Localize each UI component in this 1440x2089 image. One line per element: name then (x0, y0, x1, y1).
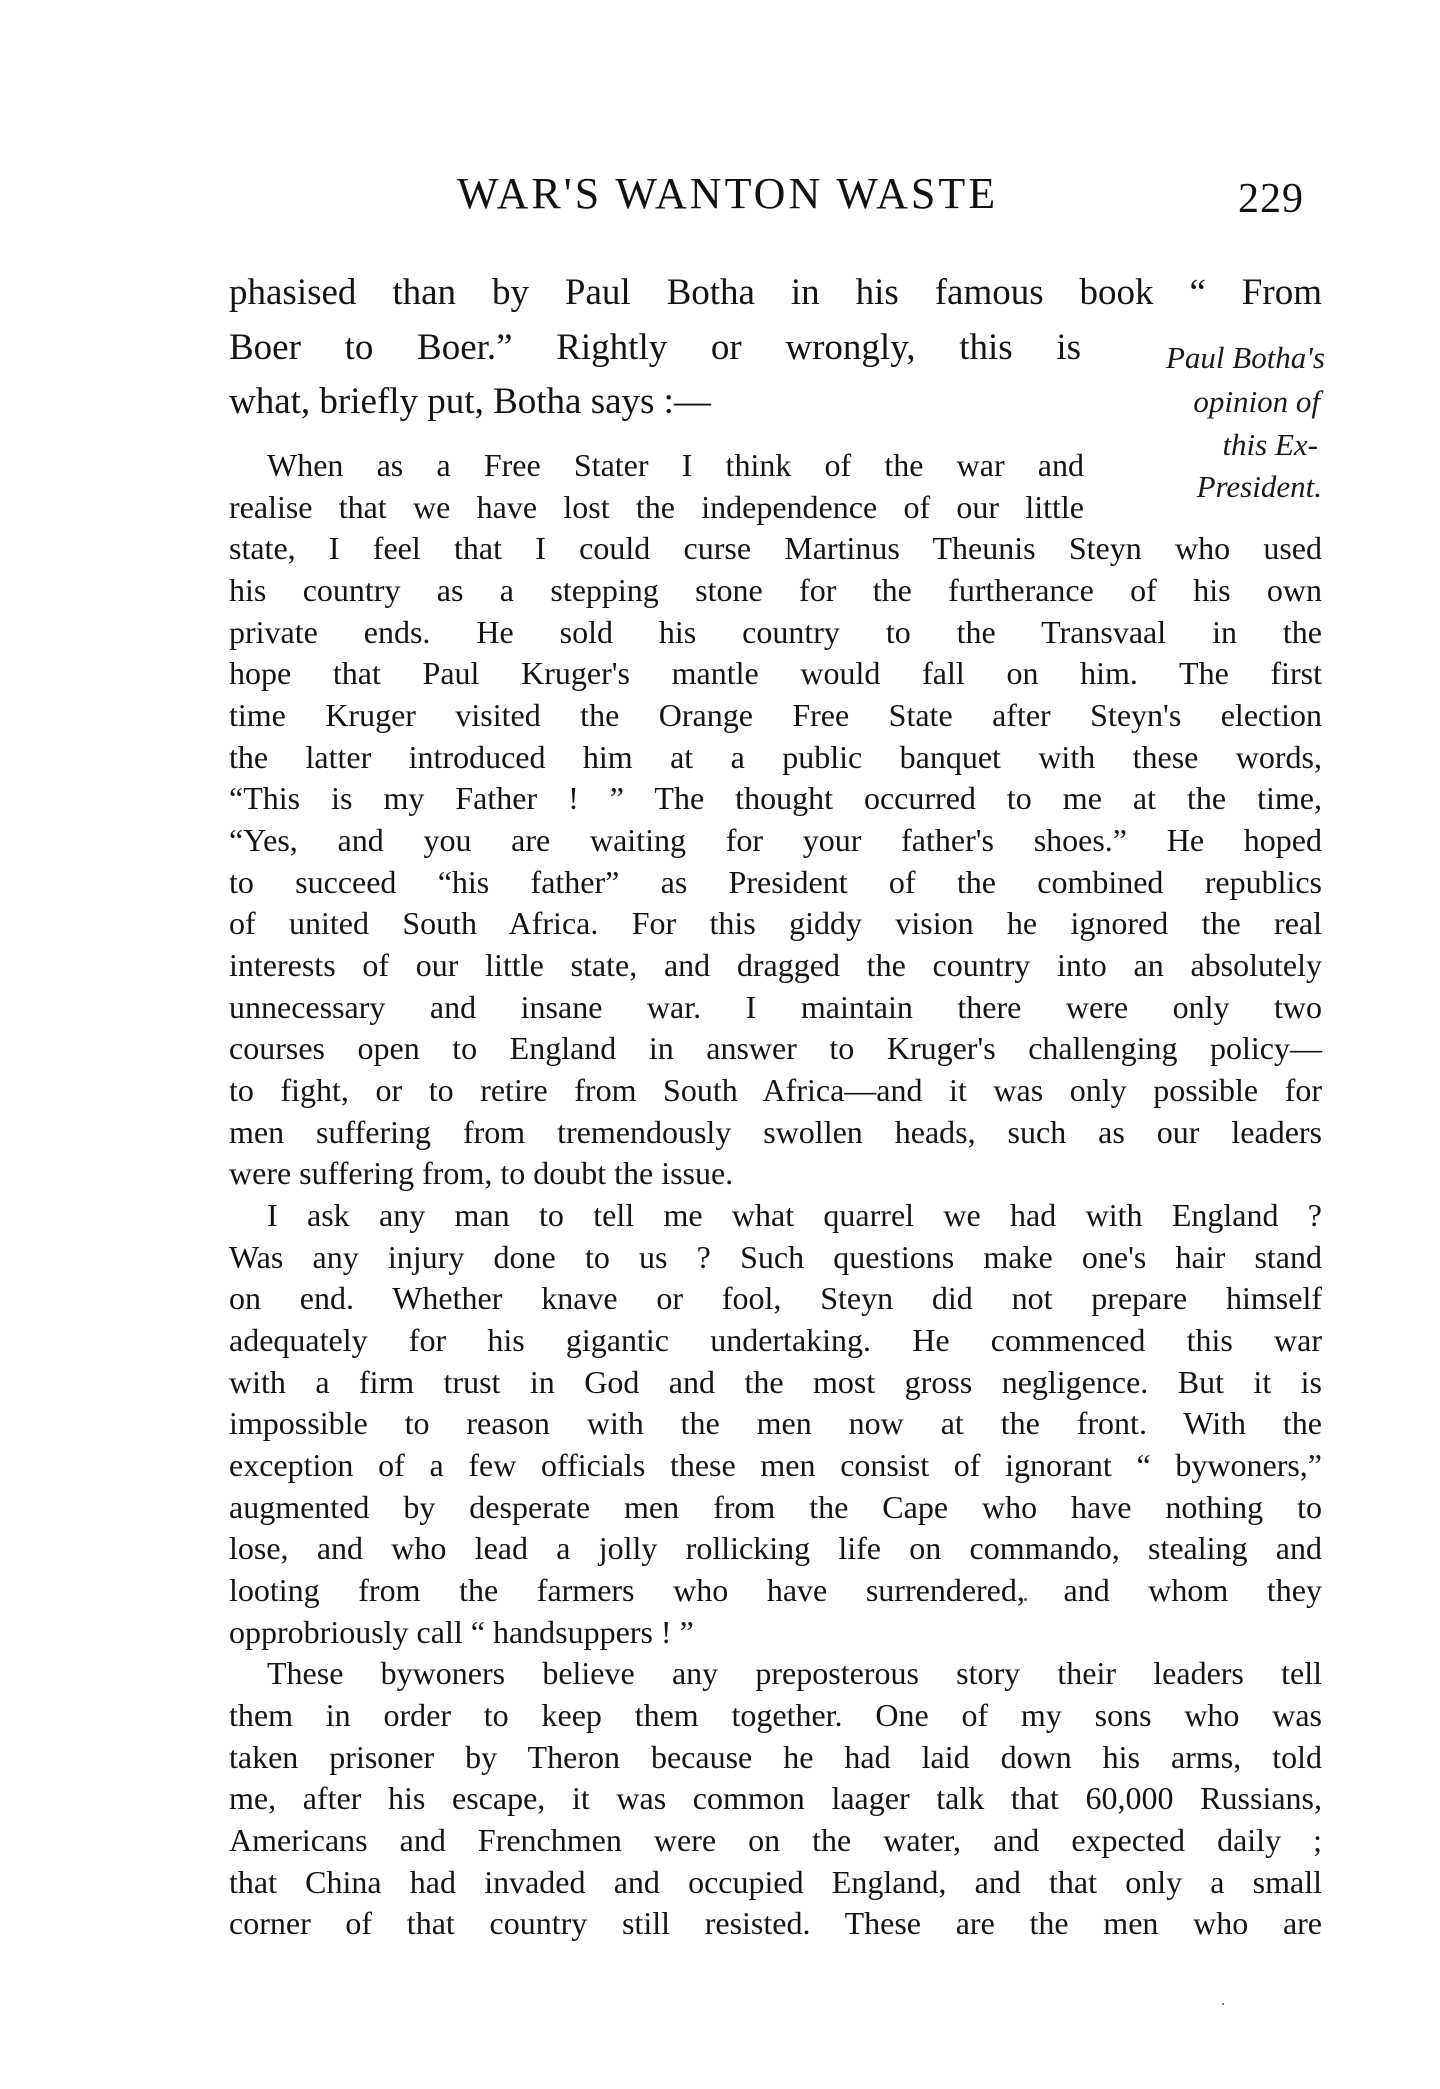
quote-line: to fight, or to retire from South Africa… (229, 1074, 1322, 1106)
quote-line: Was any injury done to us ? Such questio… (229, 1241, 1322, 1273)
quote-line: that China had invaded and occupied Engl… (229, 1866, 1322, 1898)
quote-line: state, I feel that I could curse Martinu… (229, 532, 1322, 564)
quote-line: opprobriously call “ handsuppers ! ” (229, 1616, 694, 1648)
quote-line: augmented by desperate men from the Cape… (229, 1491, 1322, 1523)
side-note-line: this Ex- (1222, 429, 1318, 460)
intro-line: Boer to Boer.” Rightly or wrongly, this … (229, 329, 1081, 366)
quote-line: These bywoners believe any preposterous … (267, 1657, 1322, 1689)
intro-line: what, briefly put, Botha says :— (229, 383, 711, 420)
quote-line: interests of our little state, and dragg… (229, 949, 1322, 981)
quote-line: of united South Africa. For this giddy v… (229, 907, 1322, 939)
quote-line: corner of that country still resisted. T… (229, 1907, 1322, 1939)
page-number: 229 (1238, 178, 1304, 220)
quote-line: private ends. He sold his country to the… (229, 616, 1322, 648)
quote-line: men suffering from tremendously swollen … (229, 1116, 1322, 1148)
quote-line: Americans and Frenchmen were on the wate… (229, 1824, 1322, 1856)
quote-line: unnecessary and insane war. I maintain t… (229, 991, 1322, 1023)
quote-line: lose, and who lead a jolly rollicking li… (229, 1532, 1322, 1564)
quote-line: exception of a few officials these men c… (229, 1449, 1322, 1481)
quote-line: with a firm trust in God and the most gr… (229, 1366, 1322, 1398)
quote-line: on end. Whether knave or fool, Steyn did… (229, 1282, 1322, 1314)
quote-line: his country as a stepping stone for the … (229, 574, 1322, 606)
quote-line: looting from the farmers who have surren… (229, 1574, 1322, 1606)
quote-line: time Kruger visited the Orange Free Stat… (229, 699, 1322, 731)
quote-line: me, after his escape, it was common laag… (229, 1782, 1322, 1814)
quote-line: taken prisoner by Theron because he had … (229, 1741, 1322, 1773)
book-page: WAR'S WANTON WASTE 229 Paul Botha's opin… (0, 0, 1440, 2089)
quote-line: them in order to keep them together. One… (229, 1699, 1322, 1731)
quote-line: “Yes, and you are waiting for your fathe… (229, 824, 1322, 856)
quote-line: adequately for his gigantic undertaking.… (229, 1324, 1322, 1356)
scan-speck (1222, 2003, 1224, 2005)
intro-line: phasised than by Paul Botha in his famou… (229, 274, 1322, 311)
side-note-line: President. (1197, 471, 1322, 502)
quote-line: were suffering from, to doubt the issue. (229, 1157, 733, 1189)
quote-line: “This is my Father ! ” The thought occur… (229, 782, 1322, 814)
quote-line: When as a Free Stater I think of the war… (267, 449, 1084, 481)
quote-line: hope that Paul Kruger's mantle would fal… (229, 657, 1322, 689)
side-note-line: Paul Botha's (1166, 342, 1325, 373)
scan-speck (1024, 1598, 1027, 1601)
quote-line: courses open to England in answer to Kru… (229, 1032, 1322, 1064)
quote-line: the latter introduced him at a public ba… (229, 741, 1322, 773)
quote-line: I ask any man to tell me what quarrel we… (267, 1199, 1322, 1231)
running-title: WAR'S WANTON WASTE (457, 172, 998, 216)
quote-line: realise that we have lost the independen… (229, 491, 1084, 523)
quote-line: impossible to reason with the men now at… (229, 1407, 1322, 1439)
quote-line: to succeed “his father” as President of … (229, 866, 1322, 898)
side-note-line: opinion of (1193, 386, 1320, 417)
